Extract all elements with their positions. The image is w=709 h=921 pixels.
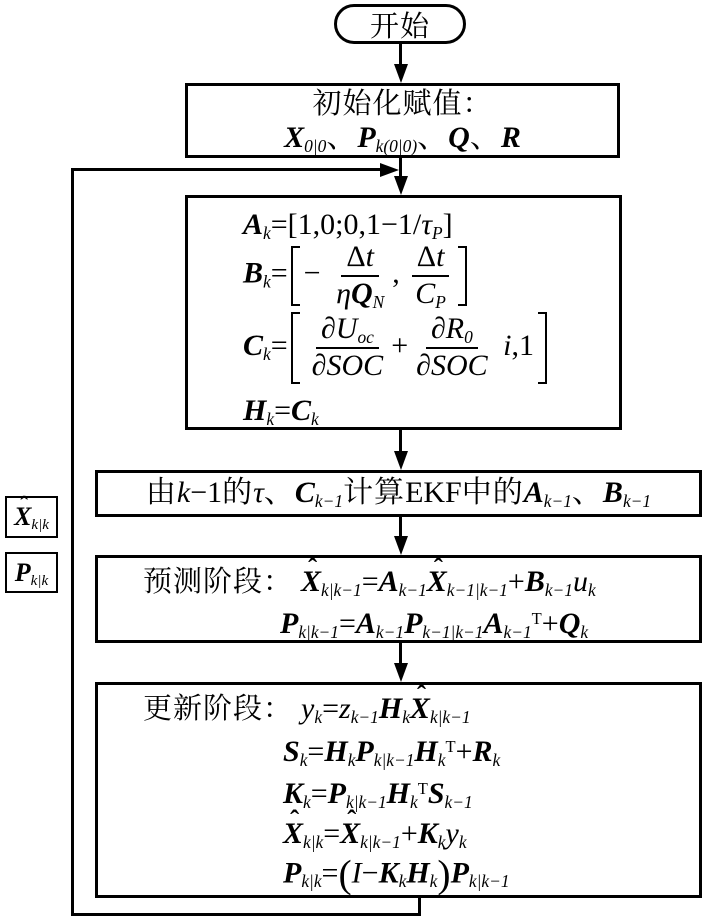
output-p-label: Pk|k xyxy=(15,558,48,588)
update-eq-covariance: Pk|k=(I−KkHk)Pk|k−1 xyxy=(283,855,510,895)
eq-b-k: Bk=− ΔtηQN, ΔtCP xyxy=(243,242,467,309)
arrowhead-predict-update xyxy=(394,663,408,682)
feedback-line-bottom xyxy=(71,913,421,916)
output-p-box: Pk|k xyxy=(5,552,58,593)
eq-h-k: Hk=Ck xyxy=(243,394,319,429)
update-box: 更新阶段：yk=zk−1HkˆXk|k−1 Sk=HkPk|k−1HkT+Rk … xyxy=(95,682,702,898)
update-eq-s: Sk=HkPk|k−1HkT+Rk xyxy=(283,735,500,770)
flowchart-canvas: 开始 初始化赋值： X0|0、Pk(0|0)、Q、R Ak=[1,0;0,1−1… xyxy=(0,0,709,921)
arrowhead-init-matrix xyxy=(394,176,408,195)
init-values-formula: X0|0、Pk(0|0)、Q、R xyxy=(284,121,521,155)
connector-matrix-compute xyxy=(399,430,402,453)
eq-c-k: Ck=∂Uoc∂SOC+∂R0∂SOC i,1 xyxy=(243,312,547,384)
predict-row-state: 预测阶段：ˆXk|k−1=Ak−1ˆXk−1|k−1+Bk−1uk xyxy=(143,565,596,600)
predict-eq-state: ˆXk|k−1=Ak−1ˆXk−1|k−1+Bk−1uk xyxy=(301,565,596,598)
predict-eq-covariance: Pk|k−1=Ak−1Pk−1|k−1Ak−1T+Qk xyxy=(280,607,588,642)
matrix-box: Ak=[1,0;0,1−1/τP] Bk=− ΔtηQN, ΔtCP Ck=∂U… xyxy=(185,195,622,430)
arrowhead-matrix-compute xyxy=(394,451,408,470)
connector-predict-update xyxy=(399,643,402,664)
connector-compute-predict xyxy=(399,517,402,537)
predict-box: 预测阶段：ˆXk|k−1=Ak−1ˆXk−1|k−1+Bk−1uk Pk|k−1… xyxy=(95,555,702,643)
arrowhead-compute-predict xyxy=(394,536,408,555)
compute-ab-formula: 由k−1的τ、Ck−1计算EKF中的Ak−1、Bk−1 xyxy=(146,476,651,511)
init-box: 初始化赋值： X0|0、Pk(0|0)、Q、R xyxy=(185,83,620,158)
update-eq-state: ˆXk|k=ˆXk|k−1+Kkyk xyxy=(283,817,467,852)
predict-label: 预测阶段： xyxy=(143,566,293,598)
feedback-stub-from-update xyxy=(418,897,421,915)
feedback-arrowhead xyxy=(380,163,399,177)
connector-start-init xyxy=(399,44,402,66)
start-terminator: 开始 xyxy=(334,4,466,44)
update-row-innovation: 更新阶段：yk=zk−1HkˆXk|k−1 xyxy=(143,692,471,727)
arrowhead-start-init xyxy=(394,64,408,83)
feedback-line-top xyxy=(71,168,381,171)
update-eq-innovation: yk=zk−1HkˆXk|k−1 xyxy=(301,692,471,725)
feedback-line-left xyxy=(71,168,74,916)
connector-init-matrix xyxy=(399,158,402,178)
init-title: 初始化赋值： xyxy=(312,87,492,121)
output-x-box: ˆXk|k xyxy=(5,496,58,538)
eq-a-k: Ak=[1,0;0,1−1/τP] xyxy=(243,208,453,243)
output-x-label: ˆXk|k xyxy=(14,502,49,532)
update-eq-gain: Kk=Pk|k−1HkTSk−1 xyxy=(283,777,473,812)
update-label: 更新阶段： xyxy=(143,693,293,725)
start-label: 开始 xyxy=(370,4,430,45)
compute-ab-box: 由k−1的τ、Ck−1计算EKF中的Ak−1、Bk−1 xyxy=(95,470,702,517)
